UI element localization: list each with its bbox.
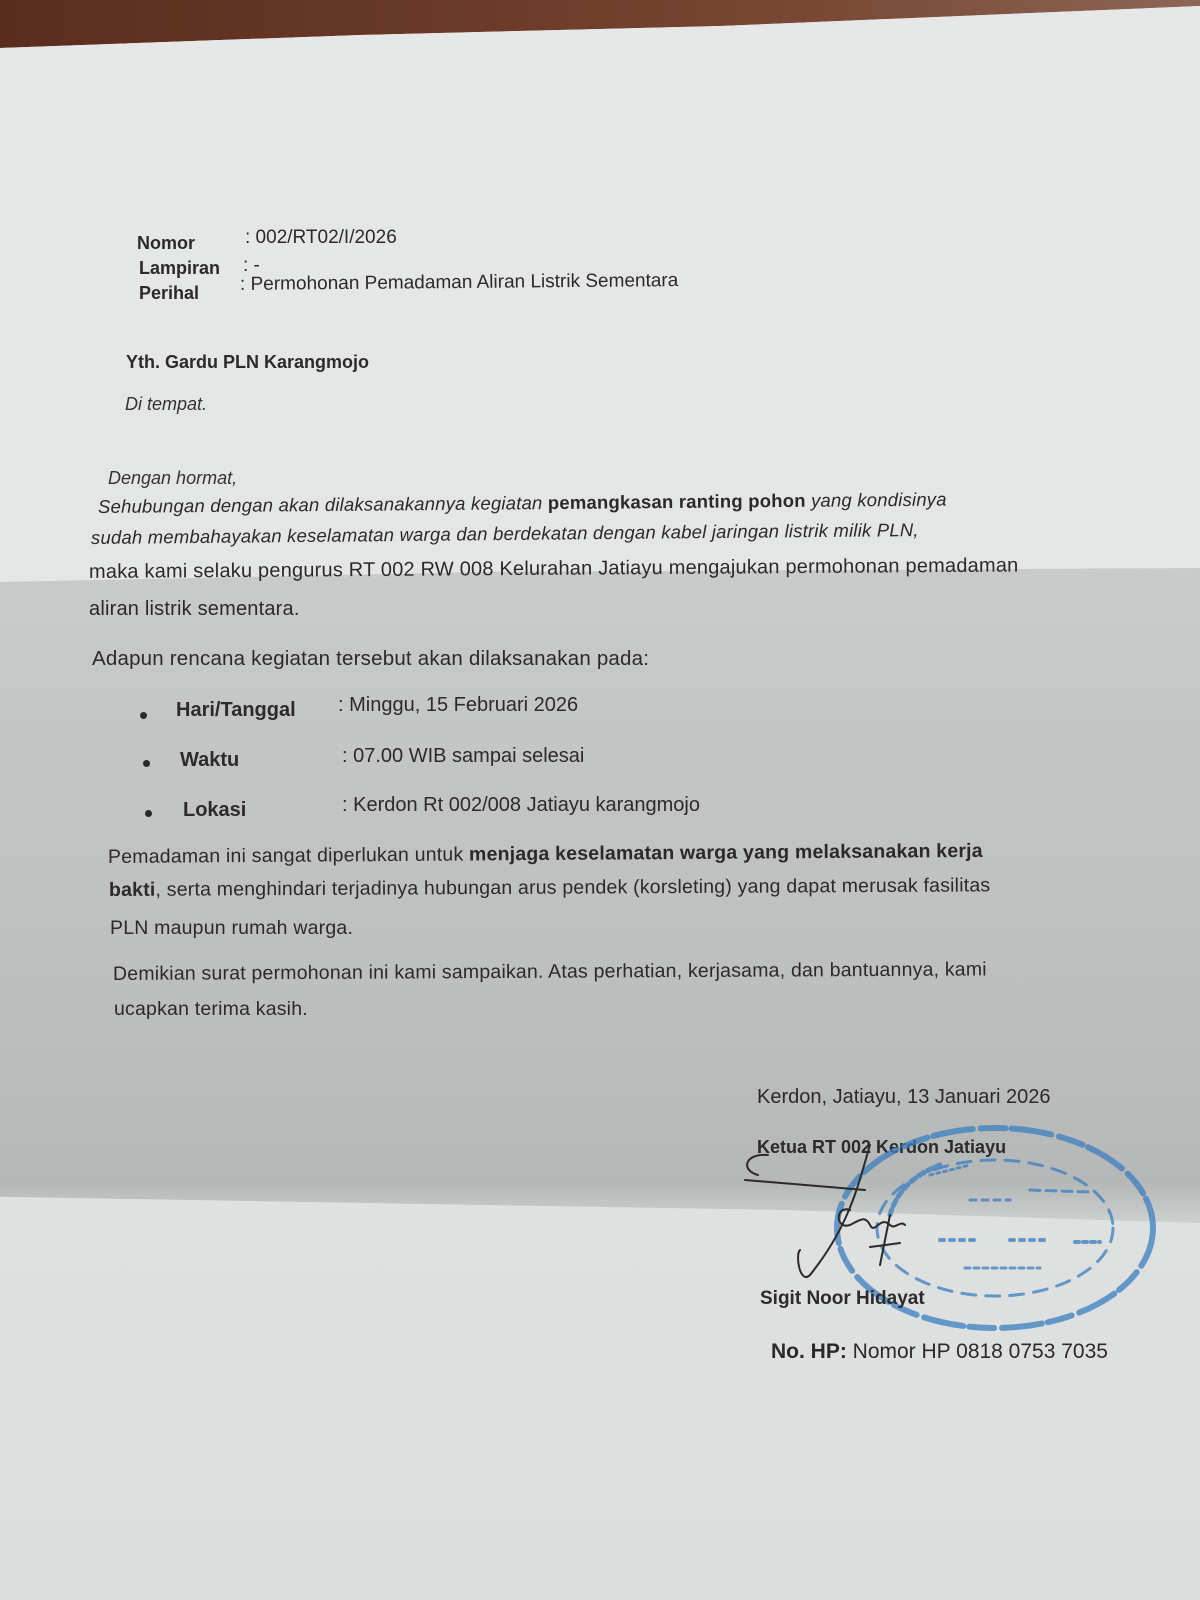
recipient-place: Di tempat.: [125, 394, 207, 415]
schedule-label-date: Hari/Tanggal: [176, 699, 296, 722]
paragraph-2-line-2: bakti, serta menghindari terjadinya hubu…: [109, 874, 990, 902]
signature-icon: [740, 1135, 940, 1285]
lampiran-label: Lampiran: [139, 258, 220, 279]
nomor-value: : 002/RT02/I/2026: [245, 227, 397, 249]
closing-line-2: ucapkan terima kasih.: [114, 998, 308, 1021]
paragraph-1-line-2: sudah membahayakan keselamatan warga dan…: [91, 519, 919, 549]
signer-name: Sigit Noor Hidayat: [760, 1288, 925, 1310]
schedule-value-location: : Kerdon Rt 002/008 Jatiayu karangmojo: [342, 794, 700, 817]
schedule-label-time: Waktu: [180, 749, 239, 772]
salutation: Dengan hormat,: [108, 468, 237, 489]
schedule-value-time: : 07.00 WIB sampai selesai: [342, 745, 584, 768]
paragraph-1-line-4: aliran listrik sementara.: [89, 598, 300, 621]
closing-line-1: Demikian surat permohonan ini kami sampa…: [113, 958, 987, 986]
place-date: Kerdon, Jatiayu, 13 Januari 2026: [757, 1086, 1051, 1109]
perihal-value: : Permohonan Pemadaman Aliran Listrik Se…: [240, 270, 678, 296]
paragraph-1-line-3: maka kami selaku pengurus RT 002 RW 008 …: [89, 555, 1019, 584]
bullet-icon: [143, 760, 150, 767]
recipient-line: Yth. Gardu PLN Karangmojo: [126, 352, 369, 373]
paragraph-1-line-1: Sehubungan dengan akan dilaksanakannya k…: [98, 489, 947, 518]
schedule-label-location: Lokasi: [183, 799, 246, 822]
paragraph-2-line-3: PLN maupun rumah warga.: [110, 917, 353, 940]
phone-line: No. HP: Nomor HP 0818 0753 7035: [771, 1340, 1108, 1364]
schedule-value-date: : Minggu, 15 Februari 2026: [338, 694, 578, 717]
paragraph-2-line-1: Pemadaman ini sangat diperlukan untuk me…: [108, 840, 983, 869]
nomor-label: Nomor: [137, 233, 195, 254]
letter: Nomor : 002/RT02/I/2026 Lampiran : - Per…: [0, 0, 1200, 1600]
perihal-label: Perihal: [139, 283, 199, 304]
bullet-icon: [140, 712, 147, 719]
schedule-intro: Adapun rencana kegiatan tersebut akan di…: [92, 647, 649, 671]
bullet-icon: [145, 810, 152, 817]
